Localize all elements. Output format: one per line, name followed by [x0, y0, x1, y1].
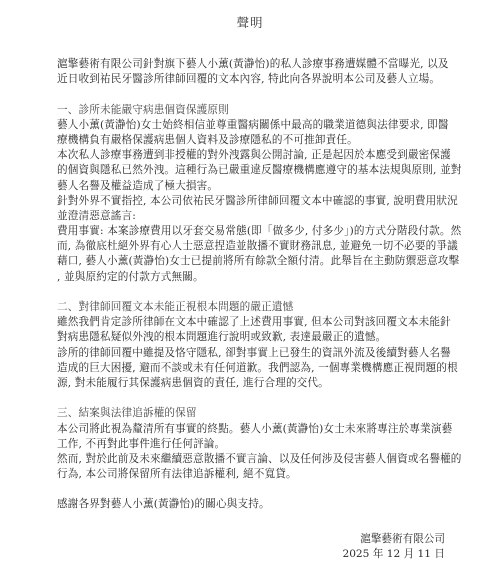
section-line: 源, 對未能履行其保護病患個資的責任, 進行合理的交代。 [57, 376, 443, 391]
document-body: 滬擎藝術有限公司針對旗下藝人小薰(黃瀞怡)的私人診療事務遭媒體不當曝光, 以及 … [57, 57, 443, 513]
section-line: 的個資與隱私已然外洩。這種行為已嚴重違反醫療機構應遵守的基本法規與原則, 並對 [57, 163, 443, 178]
section-line: 針對外界不實指控, 本公司依祐民牙醫診所律師回覆文本中確認的事實, 說明費用狀況 [57, 194, 443, 209]
section-line: 療機構負有嚴格保護病患個人資料及診療隱私的不可推卸責任。 [57, 133, 443, 148]
section-3: 三、結案與法律追訴權的保留 本公司將此視為釐清所有事實的終點。藝人小薰(黃瀞怡)… [57, 406, 443, 482]
section-line: 而, 為徹底杜絕外界有心人士惡意捏造並散播不實財務訊息, 並避免一切不必要的爭議 [57, 239, 443, 254]
intro-line: 近日收到祐民牙醫診所律師回覆的文本內容, 特此向各界說明本公司及藝人立場。 [57, 72, 443, 87]
section-line: 本公司將此視為釐清所有事實的終點。藝人小薰(黃瀞怡)女士未來將專注於專業演藝 [57, 422, 443, 437]
section-heading: 一、診所未能嚴守病患個資保護原則 [57, 103, 443, 118]
section-1: 一、診所未能嚴守病患個資保護原則 藝人小薰(黃瀞怡)女士始終相信並尊重醫病關係中… [57, 103, 443, 285]
section-heading: 三、結案與法律追訴權的保留 [57, 406, 443, 421]
statement-page: 聲明 滬擎藝術有限公司針對旗下藝人小薰(黃瀞怡)的私人診療事務遭媒體不當曝光, … [0, 0, 500, 567]
section-heading: 二、對律師回覆文本未能正視根本問題的嚴正遺憾 [57, 300, 443, 315]
section-line: 藝人名譽及權益造成了極大損害。 [57, 179, 443, 194]
intro-paragraph: 滬擎藝術有限公司針對旗下藝人小薰(黃瀞怡)的私人診療事務遭媒體不當曝光, 以及 … [57, 57, 443, 87]
signature-block: 滬擎藝術有限公司 2025 年 12 月 11 日 [310, 532, 445, 562]
section-line: , 並與原約定的付款方式無關。 [57, 270, 443, 285]
section-line: 藉口, 藝人小薰(黃瀞怡)女士已提前將所有餘款全額付清。此舉旨在主動防禦惡意攻擊 [57, 254, 443, 269]
section-line: 費用事實: 本案診療費用以牙套交易常態(即「做多少, 付多少」)的方式分階段付款… [57, 224, 443, 239]
section-line: 行為, 本公司將保留所有法律追訴權利, 絕不寬貸。 [57, 467, 443, 482]
document-title: 聲明 [0, 13, 500, 31]
section-line: 造成的巨大困擾, 避而不談或未有任何道歉。我們認為, 一個專業機構應正視問題的根 [57, 361, 443, 376]
signature-company: 滬擎藝術有限公司 [310, 532, 445, 547]
section-line: 藝人小薰(黃瀞怡)女士始終相信並尊重醫病關係中最高的職業道德與法律要求, 即醫 [57, 118, 443, 133]
section-line: 並澄清惡意謠言: [57, 209, 443, 224]
section-line: 然而, 對於此前及未來繼續惡意散播不實言論、以及任何涉及侵害藝人個資或名譽權的 [57, 452, 443, 467]
closing-thanks: 感謝各界對藝人小薰(黃瀞怡)的關心與支持。 [57, 497, 443, 512]
section-line: 工作, 不再對此事件進行任何評論。 [57, 437, 443, 452]
section-line: 診所的律師回覆中雖提及恪守隱私, 卻對事實上已發生的資訊外流及後續對藝人名譽 [57, 346, 443, 361]
intro-line: 滬擎藝術有限公司針對旗下藝人小薰(黃瀞怡)的私人診療事務遭媒體不當曝光, 以及 [57, 57, 443, 72]
section-line: 對病患隱私疑似外洩的根本問題進行說明或致歉, 表達最嚴正的遺憾。 [57, 330, 443, 345]
signature-date: 2025 年 12 月 11 日 [310, 547, 445, 562]
section-line: 本次私人診療事務遭到非授權的對外洩露與公開討論, 正是起因於本應受到嚴密保護 [57, 148, 443, 163]
section-2: 二、對律師回覆文本未能正視根本問題的嚴正遺憾 雖然我們肯定診所律師在文本中確認了… [57, 300, 443, 391]
section-line: 雖然我們肯定診所律師在文本中確認了上述費用事實, 但本公司對該回覆文本未能針 [57, 315, 443, 330]
